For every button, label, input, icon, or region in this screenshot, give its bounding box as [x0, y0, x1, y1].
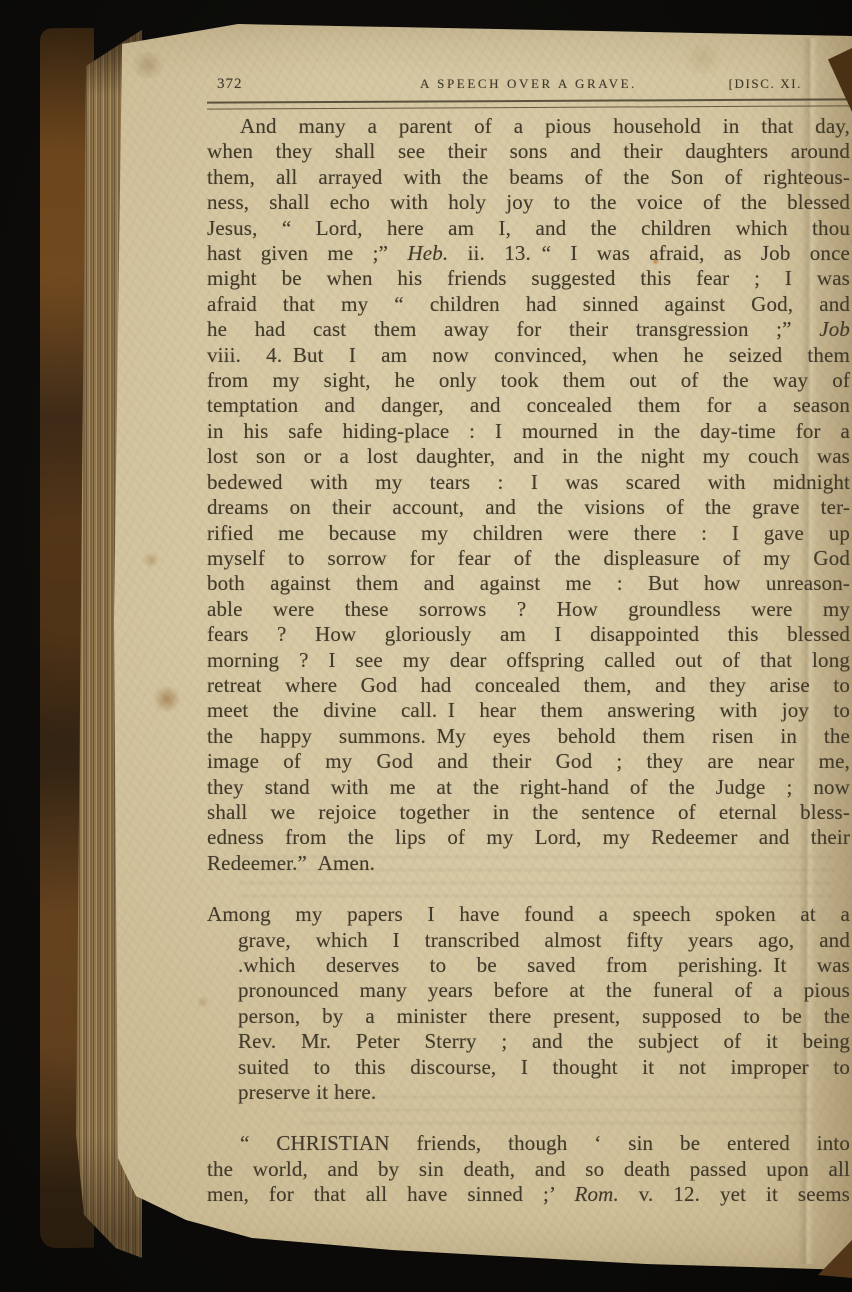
page-header: 372 A SPEECH OVER A GRAVE. [DISC. XI.: [207, 76, 850, 93]
text-line: pronounced many years before at the fune…: [207, 978, 850, 1003]
text-line: hast given me ;” Heb. ii. 13. “ I was af…: [207, 241, 850, 266]
text-line: morning ? I see my dear offspring called…: [207, 648, 850, 673]
text-line: in his safe hiding-place : I mourned in …: [207, 419, 850, 444]
running-title: A SPEECH OVER A GRAVE.: [420, 76, 637, 92]
text-line: rified me because my children were there…: [207, 521, 850, 546]
foxing-spot: [130, 52, 166, 78]
text-line: meet the divine call. I hear them answer…: [207, 698, 850, 723]
page-body: And many a parent of a pious household i…: [207, 114, 850, 1208]
text-line: able were these sorrows ? How groundless…: [207, 597, 850, 622]
ink-show-through: [302, 1096, 814, 1126]
text-line: bedewed with my tears : I was scared wit…: [207, 470, 850, 495]
text-line: lost son or a lost daughter, and in the …: [207, 444, 850, 469]
text-line: temptation and danger, and concealed the…: [207, 393, 850, 418]
text-line: the world, and by sin death, and so deat…: [207, 1157, 850, 1182]
italic-citation: Heb.: [407, 241, 448, 265]
text-line: suited to this discourse, I thought it n…: [207, 1055, 850, 1080]
foxing-spot: [652, 258, 659, 265]
header-rule: [207, 98, 850, 109]
text-line: person, by a minister there present, sup…: [207, 1004, 850, 1029]
paragraph: Among my papers I have found a speech sp…: [207, 902, 850, 1105]
text-line: edness from the lips of my Lord, my Rede…: [207, 825, 850, 850]
text-line: Rev. Mr. Peter Sterry ; and the subject …: [207, 1029, 850, 1054]
paragraph: “ CHRISTIAN friends, though ‘ sin be ent…: [207, 1131, 850, 1207]
text-line: image of my God and their God ; they are…: [207, 749, 850, 774]
text-line: fears ? How gloriously am I disappointed…: [207, 622, 850, 647]
ink-show-through: [238, 856, 834, 898]
text-line: Among my papers I have found a speech sp…: [207, 902, 850, 927]
text-line: he had cast them away for their transgre…: [207, 317, 850, 342]
italic-citation: Rom.: [575, 1182, 619, 1206]
text-line: the happy summons. My eyes behold them r…: [207, 724, 850, 749]
text-line: might be when his friends suggested this…: [207, 266, 850, 291]
text-line: when they shall see their sons and their…: [207, 139, 850, 164]
text-line: both against them and against me : But h…: [207, 571, 850, 596]
foxing-spot: [142, 552, 160, 568]
text-line: them, all arrayed with the beams of the …: [207, 165, 850, 190]
text-line: shall we rejoice together in the sentenc…: [207, 800, 850, 825]
text-line: “ CHRISTIAN friends, though ‘ sin be ent…: [207, 1131, 850, 1156]
text-line: .which deserves to be saved from perishi…: [207, 953, 850, 978]
text-line: Redeemer.” Amen.: [207, 851, 850, 876]
text-line: preserve it here.: [207, 1080, 850, 1105]
page-crease: [798, 38, 818, 1264]
text-line: grave, which I transcribed almost fifty …: [207, 928, 850, 953]
paragraph: And many a parent of a pious household i…: [207, 114, 850, 876]
discourse-label: [DISC. XI.: [729, 76, 850, 92]
text-line: from my sight, he only took them out of …: [207, 368, 850, 393]
page-number: 372: [207, 76, 243, 93]
printed-content: 372 A SPEECH OVER A GRAVE. [DISC. XI. An…: [207, 76, 850, 1208]
foxing-spot: [152, 686, 182, 712]
text-line: they stand with me at the right-hand of …: [207, 775, 850, 800]
text-line: afraid that my “ children had sinned aga…: [207, 292, 850, 317]
book-page: 372 A SPEECH OVER A GRAVE. [DISC. XI. An…: [0, 0, 852, 1292]
text-line: And many a parent of a pious household i…: [207, 114, 850, 139]
photo-background: 372 A SPEECH OVER A GRAVE. [DISC. XI. An…: [0, 0, 852, 1292]
text-line: men, for that all have sinned ;’ Rom. v.…: [207, 1182, 850, 1207]
foxing-spot: [680, 44, 726, 74]
italic-citation: Job: [819, 317, 850, 341]
text-line: dreams on their account, and the visions…: [207, 495, 850, 520]
text-line: ness, shall echo with holy joy to the vo…: [207, 190, 850, 215]
text-line: Jesus, “ Lord, here am I, and the childr…: [207, 216, 850, 241]
text-line: viii. 4. But I am now convinced, when he…: [207, 343, 850, 368]
text-line: myself to sorrow for fear of the displea…: [207, 546, 850, 571]
ink-show-through: [596, 908, 840, 1086]
foxing-spot: [196, 996, 210, 1008]
text-line: retreat where God had concealed them, an…: [207, 673, 850, 698]
